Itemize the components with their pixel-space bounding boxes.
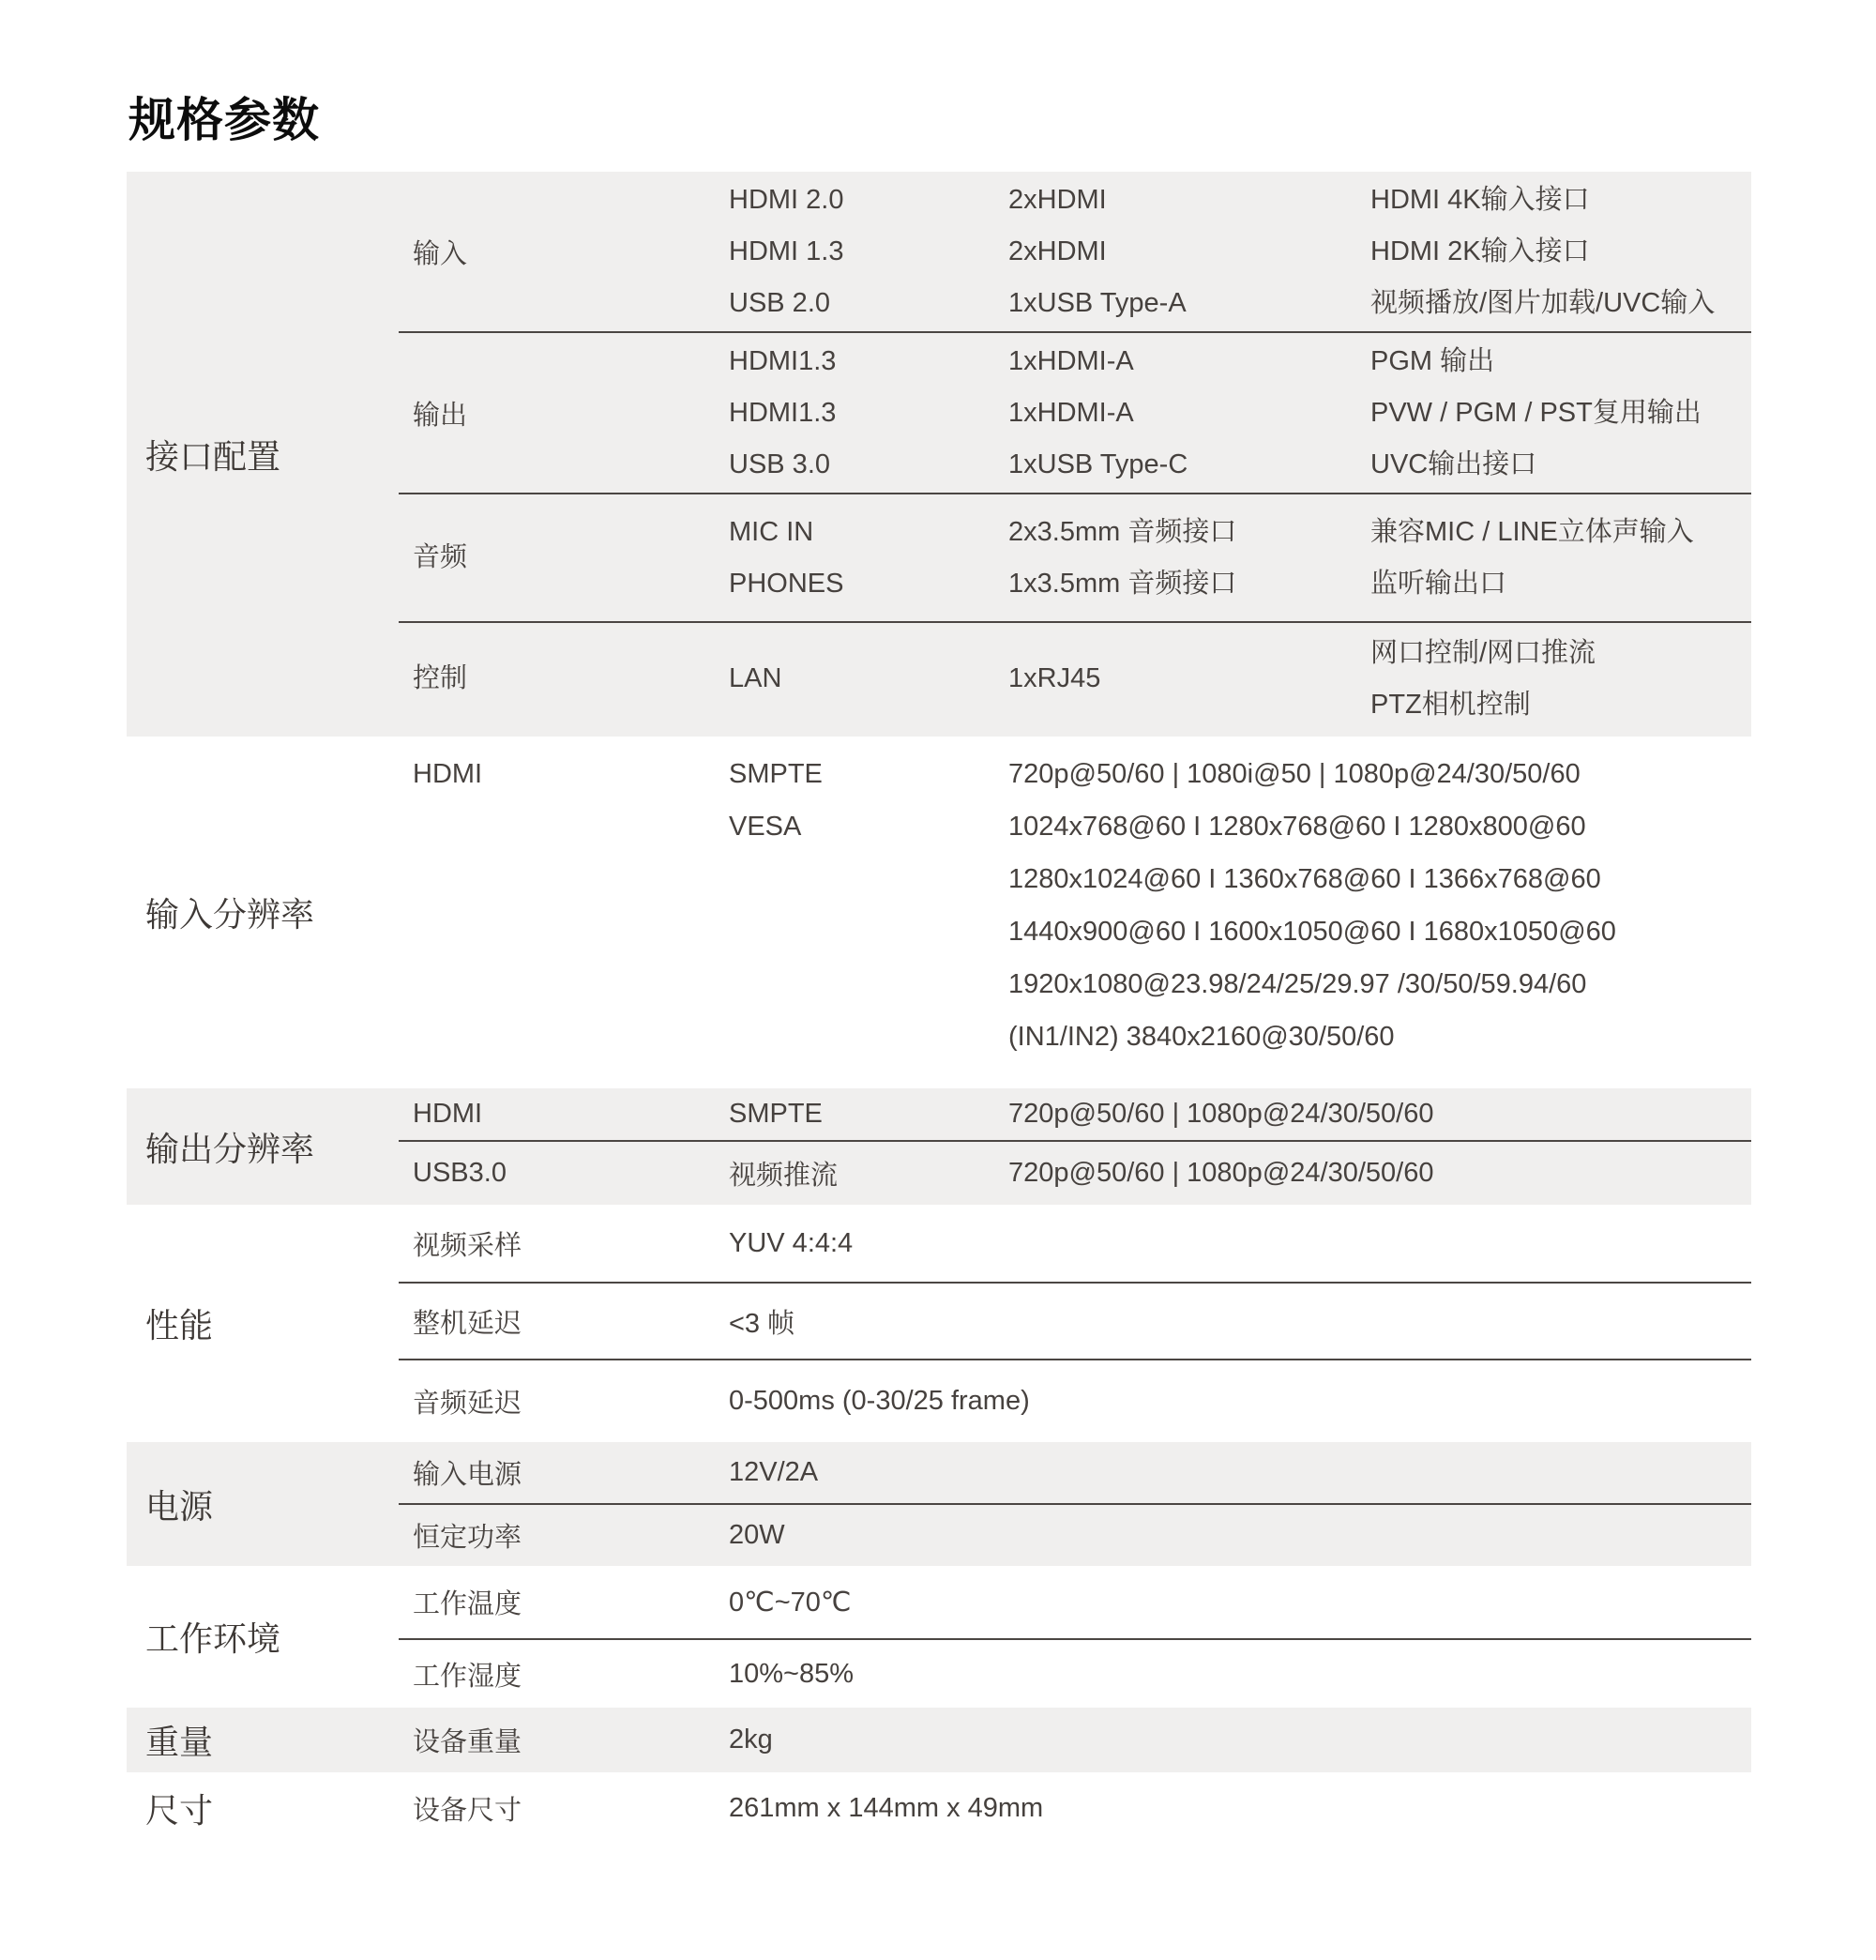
desc-cell: HDMI 4K输入接口 bbox=[1370, 175, 1751, 226]
group-label: 输出 bbox=[413, 394, 729, 433]
spec-name: 工作温度 bbox=[413, 1583, 729, 1621]
section-body-environment: 工作温度 0℃~70℃ 工作湿度 10%~85% bbox=[399, 1566, 1751, 1708]
spec-value: 261mm x 144mm x 49mm bbox=[729, 1793, 1751, 1824]
section-label-weight: 重量 bbox=[127, 1708, 399, 1772]
spec-row: 工作湿度 10%~85% bbox=[399, 1640, 1751, 1708]
group-descs: 网口控制/网口推流 PTZ相机控制 bbox=[1370, 628, 1751, 731]
group-audio: 音频 MIC IN PHONES 2x3.5mm 音频接口 1x3.5mm 音频… bbox=[399, 494, 1751, 621]
spec-cell: HDMI 1.3 bbox=[729, 226, 1008, 278]
section-label-performance: 性能 bbox=[127, 1205, 399, 1442]
spec-value: 20W bbox=[729, 1520, 1751, 1551]
spec-row: 恒定功率 20W bbox=[399, 1505, 1751, 1566]
section-input-resolution: 输入分辨率 HDMI SMPTE VESA 720p@50/60 | 1080i… bbox=[127, 737, 1751, 1088]
section-dimensions: 尺寸 设备尺寸 261mm x 144mm x 49mm bbox=[127, 1772, 1751, 1844]
modes-cell: 720p@50/60 | 1080p@24/30/50/60 bbox=[1008, 1158, 1751, 1189]
section-body-input-resolution: HDMI SMPTE VESA 720p@50/60 | 1080i@50 | … bbox=[399, 737, 1751, 1088]
section-body-performance: 视频采样 YUV 4:4:4 整机延迟 <3 帧 音频延迟 0-500ms (0… bbox=[399, 1205, 1751, 1442]
desc-cell: PVW / PGM / PST复用输出 bbox=[1370, 387, 1751, 439]
spec-name: 整机延迟 bbox=[413, 1302, 729, 1341]
spec-name: 音频延迟 bbox=[413, 1382, 729, 1421]
qty-cell: 1xHDMI-A bbox=[1008, 387, 1370, 439]
input-resolution-grid: HDMI SMPTE VESA 720p@50/60 | 1080i@50 | … bbox=[399, 737, 1751, 1063]
group-label-text: 控制 bbox=[413, 653, 729, 705]
section-label-dimensions: 尺寸 bbox=[127, 1772, 399, 1844]
spec-name: 输入电源 bbox=[413, 1453, 729, 1492]
output-resolution-row: HDMI SMPTE 720p@50/60 | 1080p@24/30/50/6… bbox=[399, 1088, 1751, 1140]
group-specs: HDMI 2.0 HDMI 1.3 USB 2.0 bbox=[729, 175, 1008, 329]
spec-cell: USB 3.0 bbox=[729, 439, 1008, 491]
spec-cell: PHONES bbox=[729, 558, 1008, 610]
spec-value: 0℃~70℃ bbox=[729, 1586, 1751, 1618]
section-body-dimensions: 设备尺寸 261mm x 144mm x 49mm bbox=[399, 1772, 1751, 1844]
modes-col: 720p@50/60 | 1080i@50 | 1080p@24/30/50/6… bbox=[1008, 748, 1751, 1063]
standard-col: SMPTE VESA bbox=[729, 748, 1008, 853]
group-descs: 兼容MIC / LINE立体声输入 监听输出口 bbox=[1370, 507, 1751, 610]
section-label-environment: 工作环境 bbox=[127, 1566, 399, 1708]
group-descs: HDMI 4K输入接口 HDMI 2K输入接口 视频播放/图片加载/UVC输入 bbox=[1370, 175, 1751, 329]
group-descs: PGM 输出 PVW / PGM / PST复用输出 UVC输出接口 bbox=[1370, 336, 1751, 491]
section-performance: 性能 视频采样 YUV 4:4:4 整机延迟 <3 帧 音频延迟 0-500ms… bbox=[127, 1205, 1751, 1442]
group-label: 音频 bbox=[413, 532, 729, 584]
desc-cell: 监听输出口 bbox=[1370, 558, 1751, 610]
spec-cell: HDMI1.3 bbox=[729, 336, 1008, 387]
section-body-output-resolution: HDMI SMPTE 720p@50/60 | 1080p@24/30/50/6… bbox=[399, 1088, 1751, 1205]
qty-cell: 1xRJ45 bbox=[1008, 653, 1370, 705]
interface-cell: HDMI bbox=[413, 1099, 729, 1130]
group-qtys: 1xRJ45 bbox=[1008, 653, 1370, 705]
desc-cell: 视频播放/图片加载/UVC输入 bbox=[1370, 278, 1751, 329]
section-label-power: 电源 bbox=[127, 1442, 399, 1566]
group-qtys: 2x3.5mm 音频接口 1x3.5mm 音频接口 bbox=[1008, 507, 1370, 610]
spec-name: 视频采样 bbox=[413, 1224, 729, 1263]
spec-row: 输入电源 12V/2A bbox=[399, 1442, 1751, 1503]
desc-cell: 兼容MIC / LINE立体声输入 bbox=[1370, 507, 1751, 558]
spec-name: 工作湿度 bbox=[413, 1655, 729, 1694]
spec-name: 设备尺寸 bbox=[413, 1789, 729, 1828]
spec-row: 视频采样 YUV 4:4:4 bbox=[399, 1205, 1751, 1282]
group-output: 输出 HDMI1.3 HDMI1.3 USB 3.0 1xHDMI-A 1xHD… bbox=[399, 333, 1751, 493]
section-label-interface: 接口配置 bbox=[127, 172, 399, 737]
spec-value: 10%~85% bbox=[729, 1659, 1751, 1690]
group-qtys: 1xHDMI-A 1xHDMI-A 1xUSB Type-C bbox=[1008, 336, 1370, 491]
group-input: 输入 HDMI 2.0 HDMI 1.3 USB 2.0 2xHDMI 2xHD… bbox=[399, 172, 1751, 331]
spec-row: 音频延迟 0-500ms (0-30/25 frame) bbox=[399, 1360, 1751, 1442]
mode-line: 1440x900@60 I 1600x1050@60 I 1680x1050@6… bbox=[1008, 905, 1751, 958]
desc-cell: 网口控制/网口推流 bbox=[1370, 628, 1751, 679]
spec-cell: USB 2.0 bbox=[729, 278, 1008, 329]
section-interface: 接口配置 输入 HDMI 2.0 HDMI 1.3 USB 2.0 2xHDMI… bbox=[127, 172, 1751, 737]
desc-cell: PTZ相机控制 bbox=[1370, 679, 1751, 731]
spec-cell: MIC IN bbox=[729, 507, 1008, 558]
section-body-power: 输入电源 12V/2A 恒定功率 20W bbox=[399, 1442, 1751, 1566]
spec-value: <3 帧 bbox=[729, 1302, 1751, 1341]
desc-cell: UVC输出接口 bbox=[1370, 439, 1751, 491]
spec-name: 设备重量 bbox=[413, 1721, 729, 1759]
spec-row: 设备重量 2kg bbox=[399, 1708, 1751, 1772]
section-weight: 重量 设备重量 2kg bbox=[127, 1708, 1751, 1772]
qty-cell: 2xHDMI bbox=[1008, 226, 1370, 278]
spec-value: 0-500ms (0-30/25 frame) bbox=[729, 1386, 1751, 1417]
group-qtys: 2xHDMI 2xHDMI 1xUSB Type-A bbox=[1008, 175, 1370, 329]
qty-cell: 2xHDMI bbox=[1008, 175, 1370, 226]
group-specs: LAN bbox=[729, 653, 1008, 705]
desc-cell: HDMI 2K输入接口 bbox=[1370, 226, 1751, 278]
output-resolution-row: USB3.0 视频推流 720p@50/60 | 1080p@24/30/50/… bbox=[399, 1142, 1751, 1205]
mode-line: 1920x1080@23.98/24/25/29.97 /30/50/59.94… bbox=[1008, 958, 1751, 1010]
qty-cell: 1xHDMI-A bbox=[1008, 336, 1370, 387]
spec-cell: HDMI1.3 bbox=[729, 387, 1008, 439]
interface-col: HDMI bbox=[413, 748, 729, 800]
section-body-weight: 设备重量 2kg bbox=[399, 1708, 1751, 1772]
mode-line: (IN1/IN2) 3840x2160@30/50/60 bbox=[1008, 1010, 1751, 1063]
spec-row: 工作温度 0℃~70℃ bbox=[399, 1566, 1751, 1638]
mode-line: 1280x1024@60 I 1360x768@60 I 1366x768@60 bbox=[1008, 853, 1751, 905]
standard-cell: SMPTE bbox=[729, 1099, 1008, 1130]
group-label: 控制 bbox=[413, 653, 729, 705]
section-power: 电源 输入电源 12V/2A 恒定功率 20W bbox=[127, 1442, 1751, 1566]
spec-row: 整机延迟 <3 帧 bbox=[399, 1284, 1751, 1359]
interface-cell: HDMI bbox=[413, 748, 729, 800]
section-environment: 工作环境 工作温度 0℃~70℃ 工作湿度 10%~85% bbox=[127, 1566, 1751, 1708]
page-title: 规格参数 bbox=[129, 83, 320, 150]
group-specs: MIC IN PHONES bbox=[729, 507, 1008, 610]
group-label: 输入 bbox=[413, 233, 729, 271]
spec-value: YUV 4:4:4 bbox=[729, 1228, 1751, 1259]
spec-table: 接口配置 输入 HDMI 2.0 HDMI 1.3 USB 2.0 2xHDMI… bbox=[127, 172, 1751, 1844]
standard-cell: 视频推流 bbox=[729, 1154, 1008, 1193]
section-body-interface: 输入 HDMI 2.0 HDMI 1.3 USB 2.0 2xHDMI 2xHD… bbox=[399, 172, 1751, 737]
standard-cell: SMPTE bbox=[729, 748, 1008, 800]
group-specs: HDMI1.3 HDMI1.3 USB 3.0 bbox=[729, 336, 1008, 491]
modes-cell: 720p@50/60 | 1080p@24/30/50/60 bbox=[1008, 1099, 1751, 1130]
spec-cell: LAN bbox=[729, 653, 1008, 705]
qty-cell: 1xUSB Type-A bbox=[1008, 278, 1370, 329]
section-label-input-resolution: 输入分辨率 bbox=[127, 737, 399, 1088]
spec-name: 恒定功率 bbox=[413, 1516, 729, 1555]
section-output-resolution: 输出分辨率 HDMI SMPTE 720p@50/60 | 1080p@24/3… bbox=[127, 1088, 1751, 1205]
spec-value: 2kg bbox=[729, 1724, 1751, 1755]
group-control: 控制 LAN 1xRJ45 网口控制/网口推流 PTZ相机控制 bbox=[399, 623, 1751, 735]
mode-line: 1024x768@60 I 1280x768@60 I 1280x800@60 bbox=[1008, 800, 1751, 853]
mode-line: 720p@50/60 | 1080i@50 | 1080p@24/30/50/6… bbox=[1008, 748, 1751, 800]
desc-cell: PGM 输出 bbox=[1370, 336, 1751, 387]
spec-value: 12V/2A bbox=[729, 1457, 1751, 1488]
qty-cell: 1xUSB Type-C bbox=[1008, 439, 1370, 491]
section-label-output-resolution: 输出分辨率 bbox=[127, 1088, 399, 1205]
interface-cell: USB3.0 bbox=[413, 1158, 729, 1189]
standard-cell: VESA bbox=[729, 800, 1008, 853]
qty-cell: 1x3.5mm 音频接口 bbox=[1008, 558, 1370, 610]
group-label-text: 音频 bbox=[413, 532, 729, 584]
spec-cell: HDMI 2.0 bbox=[729, 175, 1008, 226]
spec-row: 设备尺寸 261mm x 144mm x 49mm bbox=[399, 1772, 1751, 1844]
qty-cell: 2x3.5mm 音频接口 bbox=[1008, 507, 1370, 558]
